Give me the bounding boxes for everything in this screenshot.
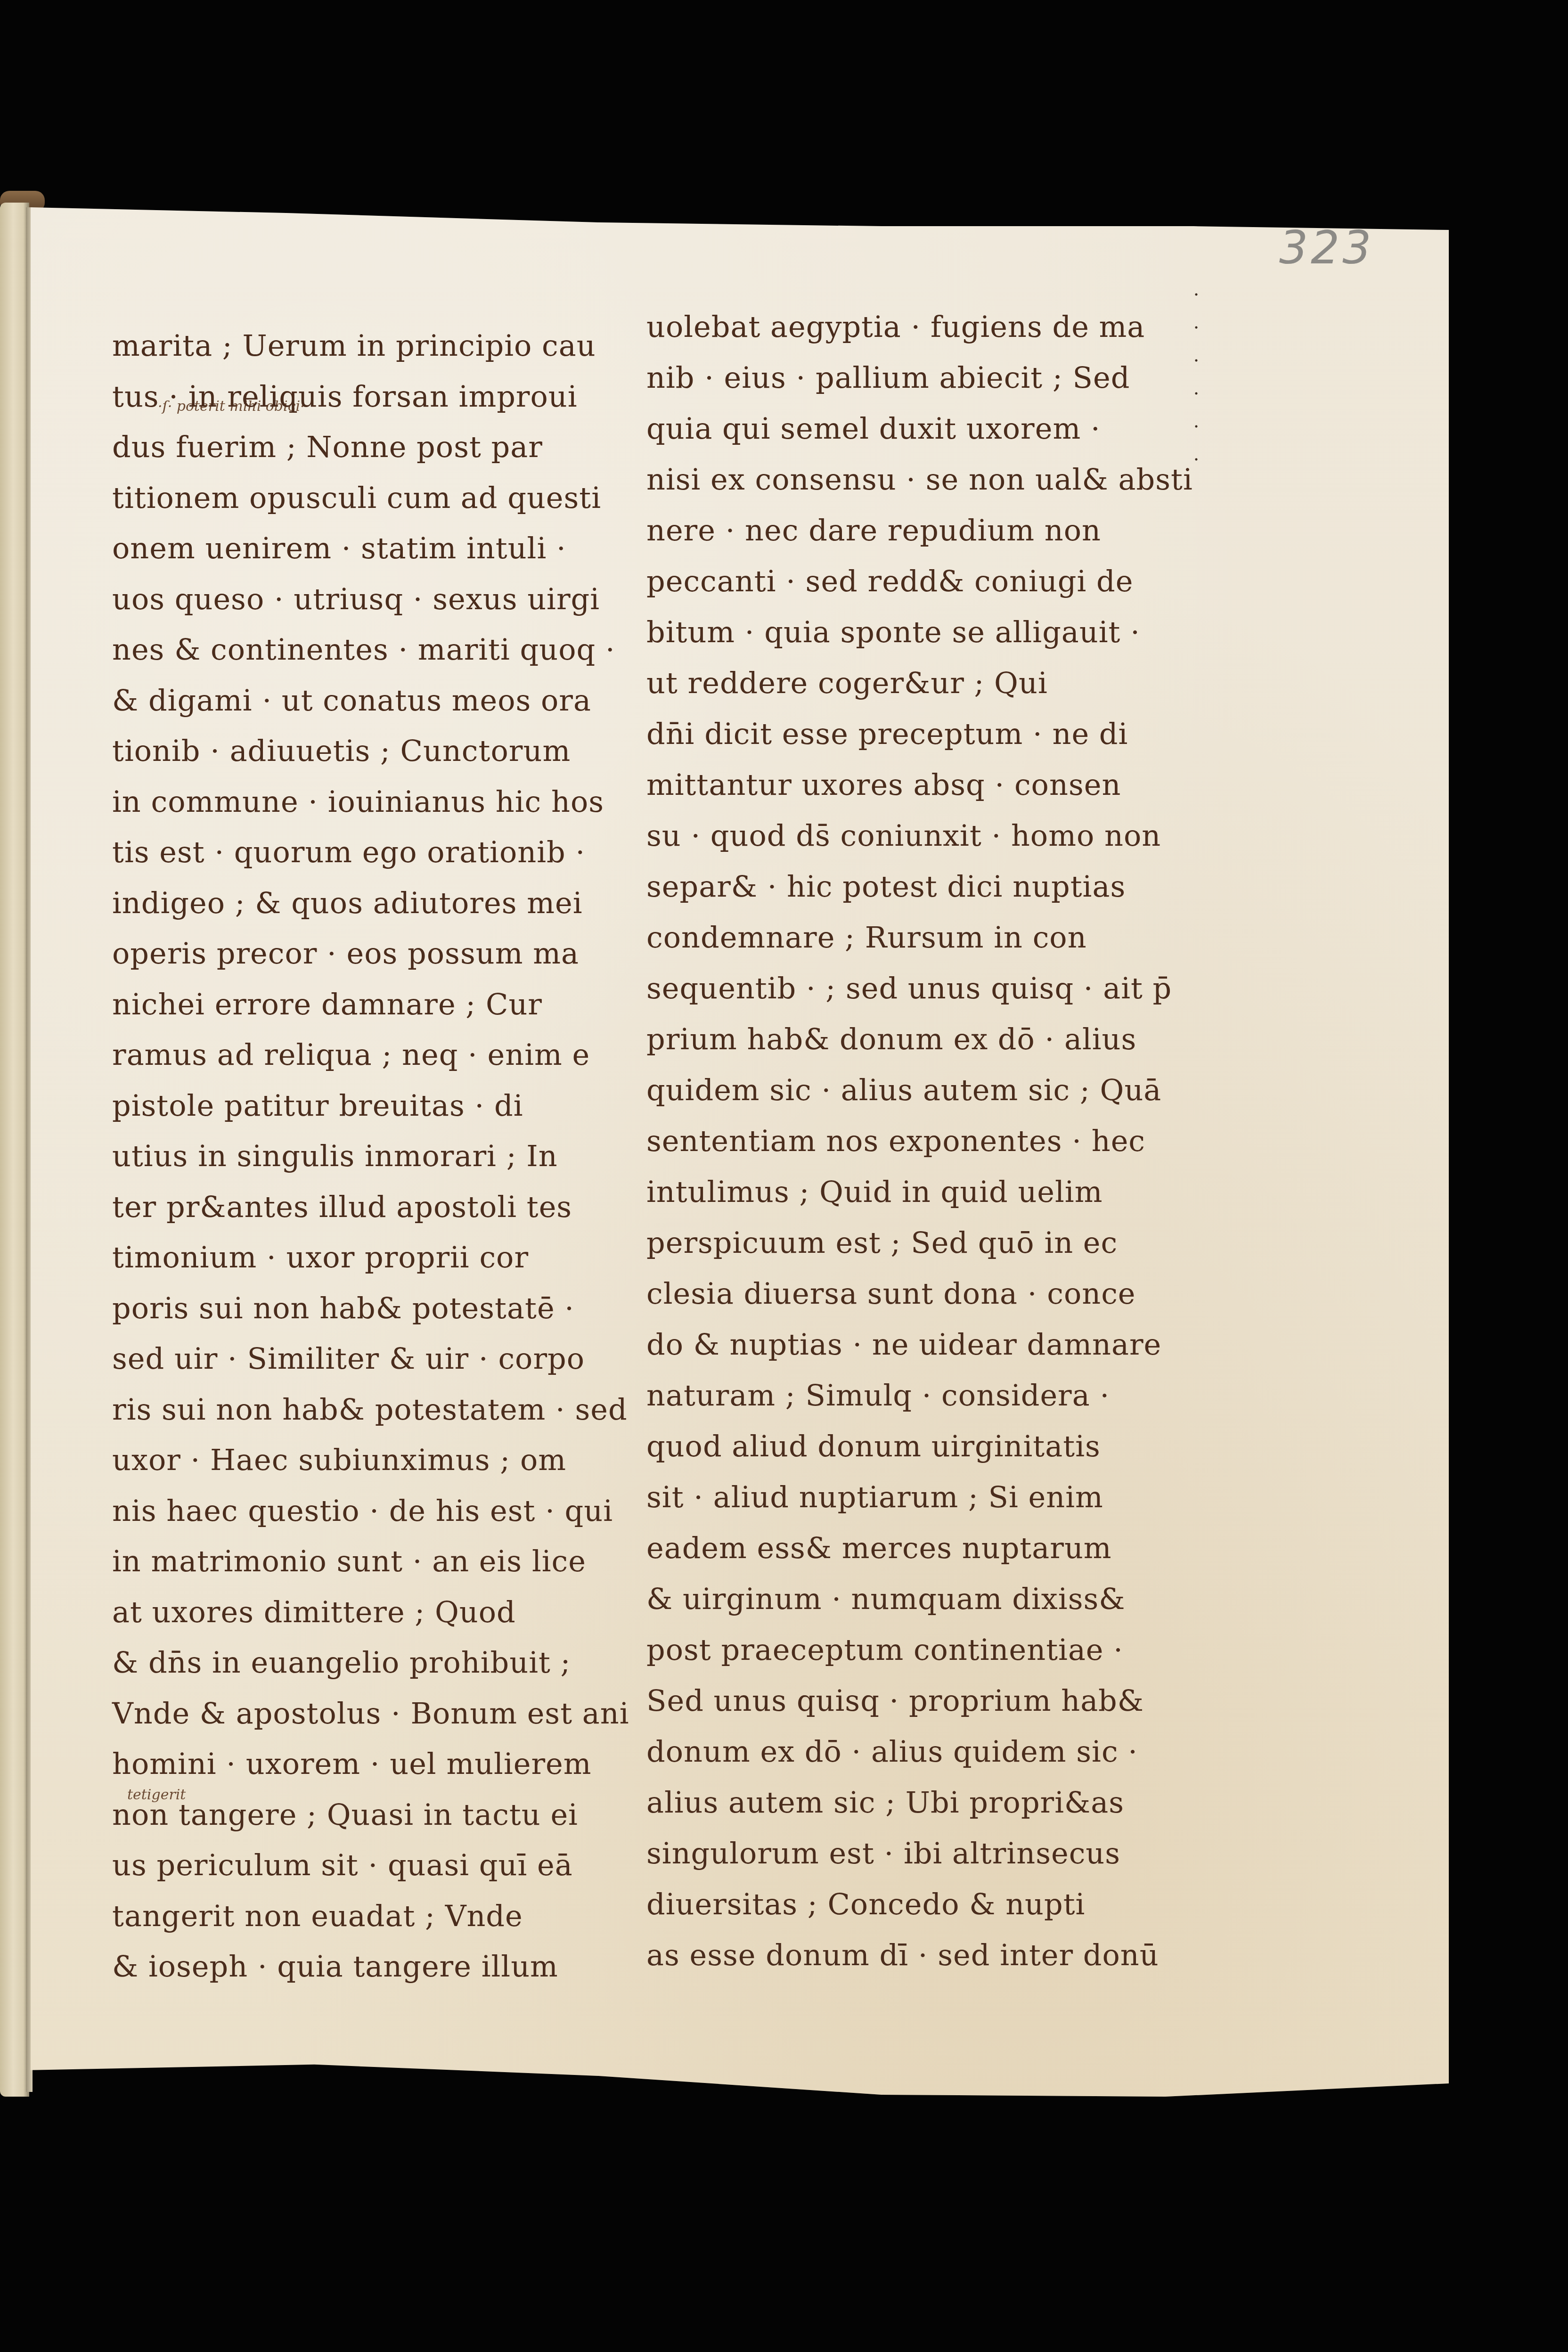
- text-line: ter pr&antes illud apostoli tes: [112, 1182, 626, 1233]
- text-line: quia qui semel duxit uxorem ·: [646, 403, 1240, 454]
- text-column-left: marita ; Uerum in principio cau tus · in…: [112, 320, 626, 1992]
- text-line: tus · in reliquis forsan improui: [112, 371, 626, 422]
- text-line: uos queso · utriusq · sexus uirgi: [112, 574, 626, 625]
- text-line: Vnde & apostolus · Bonum est ani: [112, 1688, 626, 1739]
- text-line: nisi ex consensu · se non ual& absti: [646, 454, 1240, 505]
- text-line: utius in singulis inmorari ; In: [112, 1131, 626, 1182]
- text-line: naturam ; Simulq · considera ·: [646, 1370, 1240, 1421]
- text-line: in commune · iouinianus hic hos: [112, 776, 626, 827]
- text-line: condemnare ; Rursum in con: [646, 912, 1240, 963]
- text-line: tis est · quorum ego orationib ·: [112, 827, 626, 878]
- text-line: ramus ad reliqua ; neq · enim e: [112, 1029, 626, 1080]
- text-column-right: uolebat aegyptia · fugiens de ma nib · e…: [646, 302, 1240, 1981]
- text-line: su · quod ds̄ coniunxit · homo non: [646, 810, 1240, 861]
- text-line: sed uir · Similiter & uir · corpo: [112, 1333, 626, 1384]
- binding-edge: [0, 203, 29, 2097]
- text-line: prium hab& donum ex dō · alius: [646, 1014, 1240, 1065]
- manuscript-viewer: 323 ·ſ· poterit mihi obici· tetigerit ma…: [0, 0, 1568, 2352]
- text-line: titionem opusculi cum ad questi: [112, 473, 626, 523]
- text-line: tangerit non euadat ; Vnde: [112, 1891, 626, 1942]
- folio-number: 323: [1279, 221, 1374, 274]
- text-line: donum ex dō · alius quidem sic ·: [646, 1726, 1240, 1777]
- text-line: non tangere ; Quasi in tactu ei: [112, 1789, 626, 1840]
- text-line: mittantur uxores absq · consen: [646, 759, 1240, 810]
- text-line: pistole patitur breuitas · di: [112, 1080, 626, 1131]
- text-line: tionib · adiuuetis ; Cunctorum: [112, 726, 626, 776]
- text-line: nes & continentes · mariti quoq ·: [112, 624, 626, 675]
- text-line: sit · aliud nuptiarum ; Si enim: [646, 1472, 1240, 1523]
- text-line: uxor · Haec subiunximus ; om: [112, 1435, 626, 1486]
- text-line: Sed unus quisq · proprium hab&: [646, 1675, 1240, 1726]
- text-line: & ioseph · quia tangere illum: [112, 1941, 626, 1992]
- text-line: singulorum est · ibi altrinsecus: [646, 1828, 1240, 1879]
- text-line: peccanti · sed redd& coniugi de: [646, 556, 1240, 607]
- text-line: eadem ess& merces nuptarum: [646, 1523, 1240, 1574]
- text-line: operis precor · eos possum ma: [112, 928, 626, 979]
- text-line: nib · eius · pallium abiecit ; Sed: [646, 352, 1240, 403]
- text-line: sequentib · ; sed unus quisq · ait p̄: [646, 963, 1240, 1014]
- text-line: indigeo ; & quos adiutores mei: [112, 878, 626, 929]
- text-line: intulimus ; Quid in quid uelim: [646, 1167, 1240, 1217]
- text-line: & digami · ut conatus meos ora: [112, 675, 626, 726]
- text-line: homini · uxorem · uel mulierem: [112, 1739, 626, 1789]
- text-line: ris sui non hab& potestatem · sed: [112, 1384, 626, 1435]
- text-line: diuersitas ; Concedo & nupti: [646, 1879, 1240, 1930]
- text-line: perspicuum est ; Sed quō in ec: [646, 1217, 1240, 1268]
- text-line: ut reddere coger&ur ; Qui: [646, 658, 1240, 709]
- text-line: nis haec questio · de his est · qui: [112, 1486, 626, 1536]
- text-line: us periculum sit · quasi quī eā: [112, 1840, 626, 1891]
- text-line: dn̄i dicit esse preceptum · ne di: [646, 709, 1240, 759]
- text-line: timonium · uxor proprii cor: [112, 1232, 626, 1283]
- text-line: sententiam nos exponentes · hec: [646, 1116, 1240, 1167]
- text-line: in matrimonio sunt · an eis lice: [112, 1536, 626, 1587]
- text-line: quidem sic · alius autem sic ; Quā: [646, 1065, 1240, 1116]
- text-line: separ& · hic potest dici nuptias: [646, 861, 1240, 912]
- text-line: uolebat aegyptia · fugiens de ma: [646, 302, 1240, 352]
- text-line: marita ; Uerum in principio cau: [112, 320, 626, 371]
- text-line: poris sui non hab& potestatē ·: [112, 1283, 626, 1334]
- text-line: post praeceptum continentiae ·: [646, 1625, 1240, 1675]
- text-line: quod aliud donum uirginitatis: [646, 1421, 1240, 1472]
- text-line: nichei errore damnare ; Cur: [112, 979, 626, 1030]
- text-line: & dn̄s in euangelio prohibuit ;: [112, 1637, 626, 1688]
- text-line: onem uenirem · statim intuli ·: [112, 523, 626, 574]
- text-line: bitum · quia sponte se alligauit ·: [646, 607, 1240, 658]
- text-line: do & nuptias · ne uidear damnare: [646, 1319, 1240, 1370]
- text-line: nere · nec dare repudium non: [646, 505, 1240, 556]
- text-line: dus fuerim ; Nonne post par: [112, 422, 626, 473]
- text-line: as esse donum dī · sed inter donū: [646, 1930, 1240, 1981]
- text-line: & uirginum · numquam dixiss&: [646, 1574, 1240, 1625]
- text-line: at uxores dimittere ; Quod: [112, 1587, 626, 1638]
- text-line: alius autem sic ; Ubi propri&as: [646, 1777, 1240, 1828]
- text-line: clesia diuersa sunt dona · conce: [646, 1268, 1240, 1319]
